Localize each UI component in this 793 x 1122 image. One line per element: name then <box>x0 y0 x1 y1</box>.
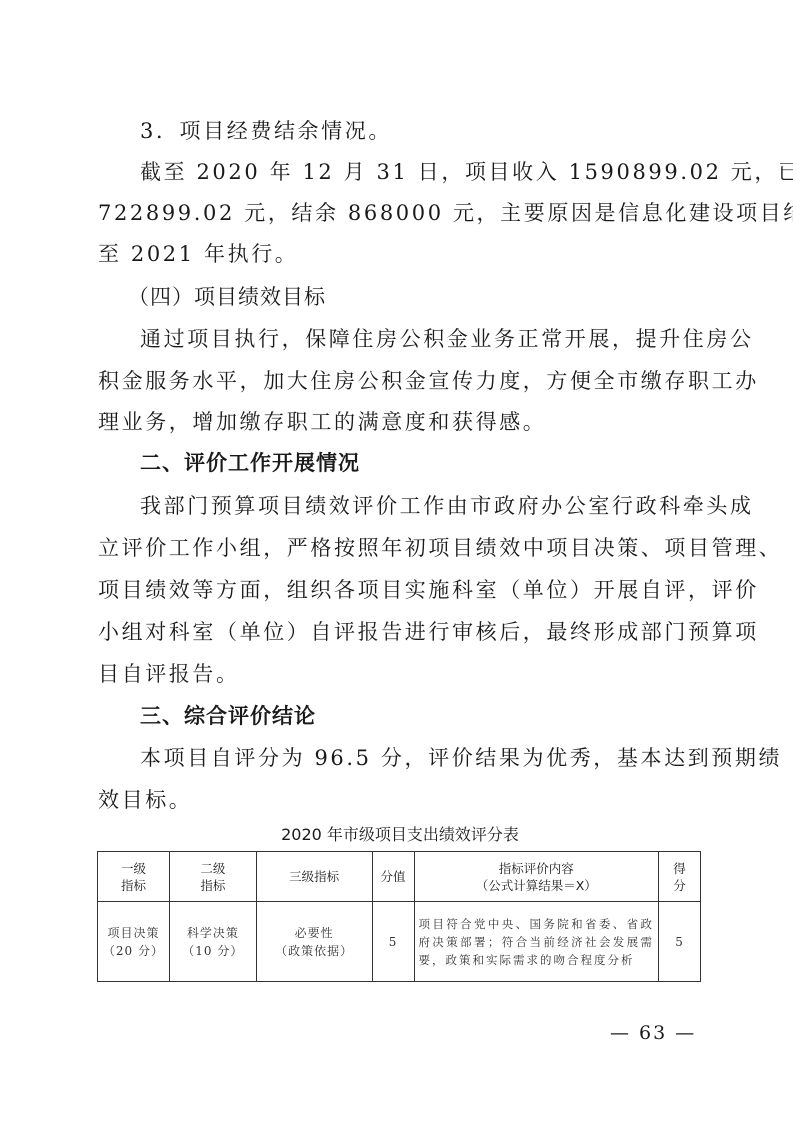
sub4-body-line-2: 积金服务水平，加大住房公积金宣传力度，方便全市缴存职工办 <box>98 367 702 395</box>
table-row: 项目决策 （20 分） 科学决策 （10 分） 必要性 （政策依据） 5 项目符… <box>98 902 701 982</box>
section2-body-line-3: 项目绩效等方面，组织各项目实施科室（单位）开展自评，评价 <box>98 576 702 604</box>
section3-body-line-1: 本项目自评分为 96.5 分，评价结果为优秀，基本达到预期绩 <box>140 744 702 772</box>
performance-score-table: 一级 指标 二级 指标 三级指标 分值 指标评价内容 （公式计算结果＝X） <box>97 851 701 982</box>
sub4-body-line-3: 理业务，增加缴存职工的满意度和获得感。 <box>98 408 702 436</box>
table-header-row: 一级 指标 二级 指标 三级指标 分值 指标评价内容 （公式计算结果＝X） <box>98 852 701 902</box>
section2-body-line-4: 小组对科室（单位）自评报告进行审核后，最终形成部门预算项 <box>98 618 702 646</box>
header-evaluation-content: 指标评价内容 （公式计算结果＝X） <box>414 852 659 902</box>
section2-body-line-1: 我部门预算项目绩效评价工作由市政府办公室行政科牵头成 <box>140 492 702 520</box>
table-title: 2020 年市级项目支出绩效评分表 <box>98 824 702 846</box>
cell-evaluation-content: 项目符合党中央、国务院和省委、省政府决策部署；符合当前经济社会发展需要，政策和实… <box>414 902 659 982</box>
page-number: — 63 — <box>610 1022 696 1044</box>
header-level3-indicator: 三级指标 <box>256 852 372 902</box>
header-score: 得 分 <box>659 852 701 902</box>
header-level2-indicator: 二级 指标 <box>169 852 256 902</box>
section3-heading: 三、综合评价结论 <box>140 702 702 730</box>
cell-level3: 必要性 （政策依据） <box>256 902 372 982</box>
cell-level2: 科学决策 （10 分） <box>169 902 256 982</box>
header-level1-indicator: 一级 指标 <box>98 852 170 902</box>
item3-heading: 3．项目经费结余情况。 <box>140 117 702 145</box>
section2-heading: 二、评价工作开展情况 <box>140 449 702 477</box>
section2-body-line-2: 立评价工作小组，严格按照年初项目绩效中项目决策、项目管理、 <box>98 534 702 562</box>
cell-level1: 项目决策 （20 分） <box>98 902 170 982</box>
cell-score: 5 <box>659 902 701 982</box>
item3-body-line-2: 722899.02 元，结余 868000 元，主要原因是信息化建设项目结转 <box>98 199 702 227</box>
document-page: 3．项目经费结余情况。 截至 2020 年 12 月 31 日，项目收入 159… <box>0 0 793 1122</box>
sub4-body-line-1: 通过项目执行，保障住房公积金业务正常开展，提升住房公 <box>140 325 702 353</box>
section3-body-line-2: 效目标。 <box>98 786 702 814</box>
item3-body-line-3: 至 2021 年执行。 <box>98 240 702 268</box>
section2-body-line-5: 目自评报告。 <box>98 660 702 688</box>
cell-score-value: 5 <box>372 902 414 982</box>
sub4-heading: （四）项目绩效目标 <box>128 283 732 311</box>
header-score-value: 分值 <box>372 852 414 902</box>
item3-body-line-1: 截至 2020 年 12 月 31 日，项目收入 1590899.02 元，已支… <box>140 158 702 186</box>
